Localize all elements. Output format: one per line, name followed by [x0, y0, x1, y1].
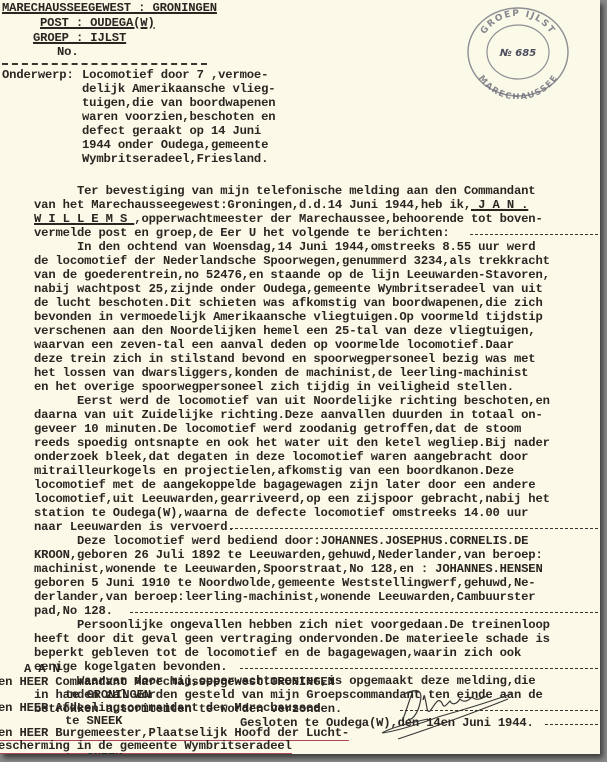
officer-last-name: W I L L E M S	[34, 212, 134, 226]
body-line: geveer 10 minuten.De locomotief werd zoo…	[34, 422, 521, 436]
filler-dashes	[240, 668, 598, 669]
subject-line: Locomotief door 7 ,vermoe-	[82, 68, 268, 82]
header-gewest: MARECHAUSSEEGEWEST : GRONINGEN	[2, 1, 217, 15]
aan-label: A A N	[24, 662, 60, 676]
body-line: Eerst werd de locomotief van uit Noordel…	[34, 394, 550, 408]
body-line: pad,No 128.	[34, 604, 113, 618]
body-line: van de goederentrein,no 52476,en staande…	[34, 268, 550, 282]
signature	[368, 683, 518, 743]
body-line: eenige kogelgaten bevonden.	[34, 660, 227, 674]
header-number: No.	[57, 45, 79, 59]
body-line: W I L L E M S ,opperwachtmeester der Mar…	[34, 212, 543, 226]
body-line: en het overige spoorwegpersoneel zich ti…	[34, 380, 514, 394]
subject-line: tuigen,die van boordwapenen	[82, 96, 275, 110]
body-line: vermelde post en groep,de Eer U het volg…	[34, 226, 450, 240]
body-line: onderzoek bleek,dat degaten in deze loco…	[34, 450, 528, 464]
header-divider	[2, 63, 207, 65]
body-line: station te Oudega(W),waarna de defecte l…	[34, 506, 528, 520]
body-line: derlander,van beroep:leerling-machinist,…	[34, 590, 535, 604]
body-line: verschenen aan den Noordelijken hemel ee…	[34, 324, 535, 338]
filler-dashes	[470, 234, 598, 235]
document-page: MARECHAUSSEEGEWEST : GRONINGEN POST : OU…	[0, 0, 600, 754]
header-post: POST : OUDEGA(W)	[40, 16, 155, 30]
svg-text:MARECHAUSSEE: MARECHAUSSEE	[476, 74, 560, 99]
body-line: nabij wachtpost 25,zijnde onder Oudega,g…	[34, 282, 543, 296]
body-line: heeft door dit geval geen vertraging ond…	[34, 632, 550, 646]
body-line: de lucht beschoten.Dit schieten was afko…	[34, 296, 543, 310]
body-line: daarna van uit Zuidelijke richting.Deze …	[34, 408, 543, 422]
recipient-1-line-1: en HEER Commandant Marechausseegewest:GR…	[0, 675, 335, 689]
body-line: locomotief met de aangekoppelde bagagewa…	[34, 478, 535, 492]
recipient-2-line-1: en HEER Afdeelingscommandant der Marecha…	[0, 701, 320, 715]
subject-line: defect geraakt op 14 Juni	[82, 124, 261, 138]
svg-text:№ 685: № 685	[499, 48, 536, 59]
subject-line: 1944 onder Oudega,gemeente	[82, 138, 268, 152]
body-line: locomotief,uit Leeuwarden,gearriveerd,op…	[34, 492, 550, 506]
filler-dashes	[545, 724, 598, 725]
body-line: Persoonlijke ongevallen hebben zich niet…	[34, 618, 550, 632]
officer-first-name: J A N .	[471, 198, 528, 212]
filler-dashes	[230, 528, 598, 529]
subject-line: Wymbritseradeel,Friesland.	[82, 152, 268, 166]
subject-line: delijk Amerikaansche vlieg-	[82, 82, 275, 96]
svg-text:GROEP IJLST: GROEP IJLST	[479, 9, 557, 36]
body-line: het lossen van dwarsliggers,konden de ma…	[34, 366, 528, 380]
body-line: de locomotief der Nederlandsche Spoorweg…	[34, 254, 550, 268]
groep-ijlst-stamp: GROEP IJLST MARECHAUSSEE № 685	[465, 5, 571, 99]
body-line: waarvan een zeven-tal een aanval deden o…	[34, 338, 514, 352]
subject-line: waren voorzien,beschoten en	[82, 110, 275, 124]
body-line: Ter bevestiging van mijn telefonische me…	[34, 184, 535, 198]
body-line: In den ochtend van Woensdag,14 Juni 1944…	[34, 240, 535, 254]
body-line: bevonden in vermoedelijk Amerikaansche v…	[34, 310, 543, 324]
body-line: machinist,wonende te Leeuwarden,Spoorstr…	[34, 562, 543, 576]
body-line: deze trein zich in stilstand bevond en s…	[34, 352, 535, 366]
body-line: KROON,geboren 26 Juli 1892 te Leeuwarden…	[34, 548, 543, 562]
body-line: Deze locomotief werd bediend door:JOHANN…	[34, 534, 528, 548]
header-groep: GROEP : IJLST	[33, 31, 126, 45]
body-line: van het Marechausseegewest:Groningen,d.d…	[34, 198, 528, 212]
body-line: reeds spoedig ontsnapte en ook het water…	[34, 436, 550, 450]
body-line: naar Leeuwarden is vervoerd.	[34, 520, 235, 534]
recipient-3-line-3: te SNEEK.	[65, 751, 129, 754]
subject-label: Onderwerp:	[2, 68, 74, 82]
filler-dashes	[130, 612, 598, 613]
recipient-1-line-2: te GRONINGEN	[65, 688, 151, 702]
body-line: mitrailleurkogels en projectielen,afkoms…	[34, 464, 514, 478]
filler-dashes	[400, 710, 598, 711]
recipient-3-line-2: escherming in de gemeente Wymbritseradee…	[0, 739, 292, 754]
body-line: beperkt gebleven tot de locomotief en de…	[34, 646, 521, 660]
body-line: geboren 5 Juni 1910 te Noordwolde,gemeen…	[34, 576, 535, 590]
